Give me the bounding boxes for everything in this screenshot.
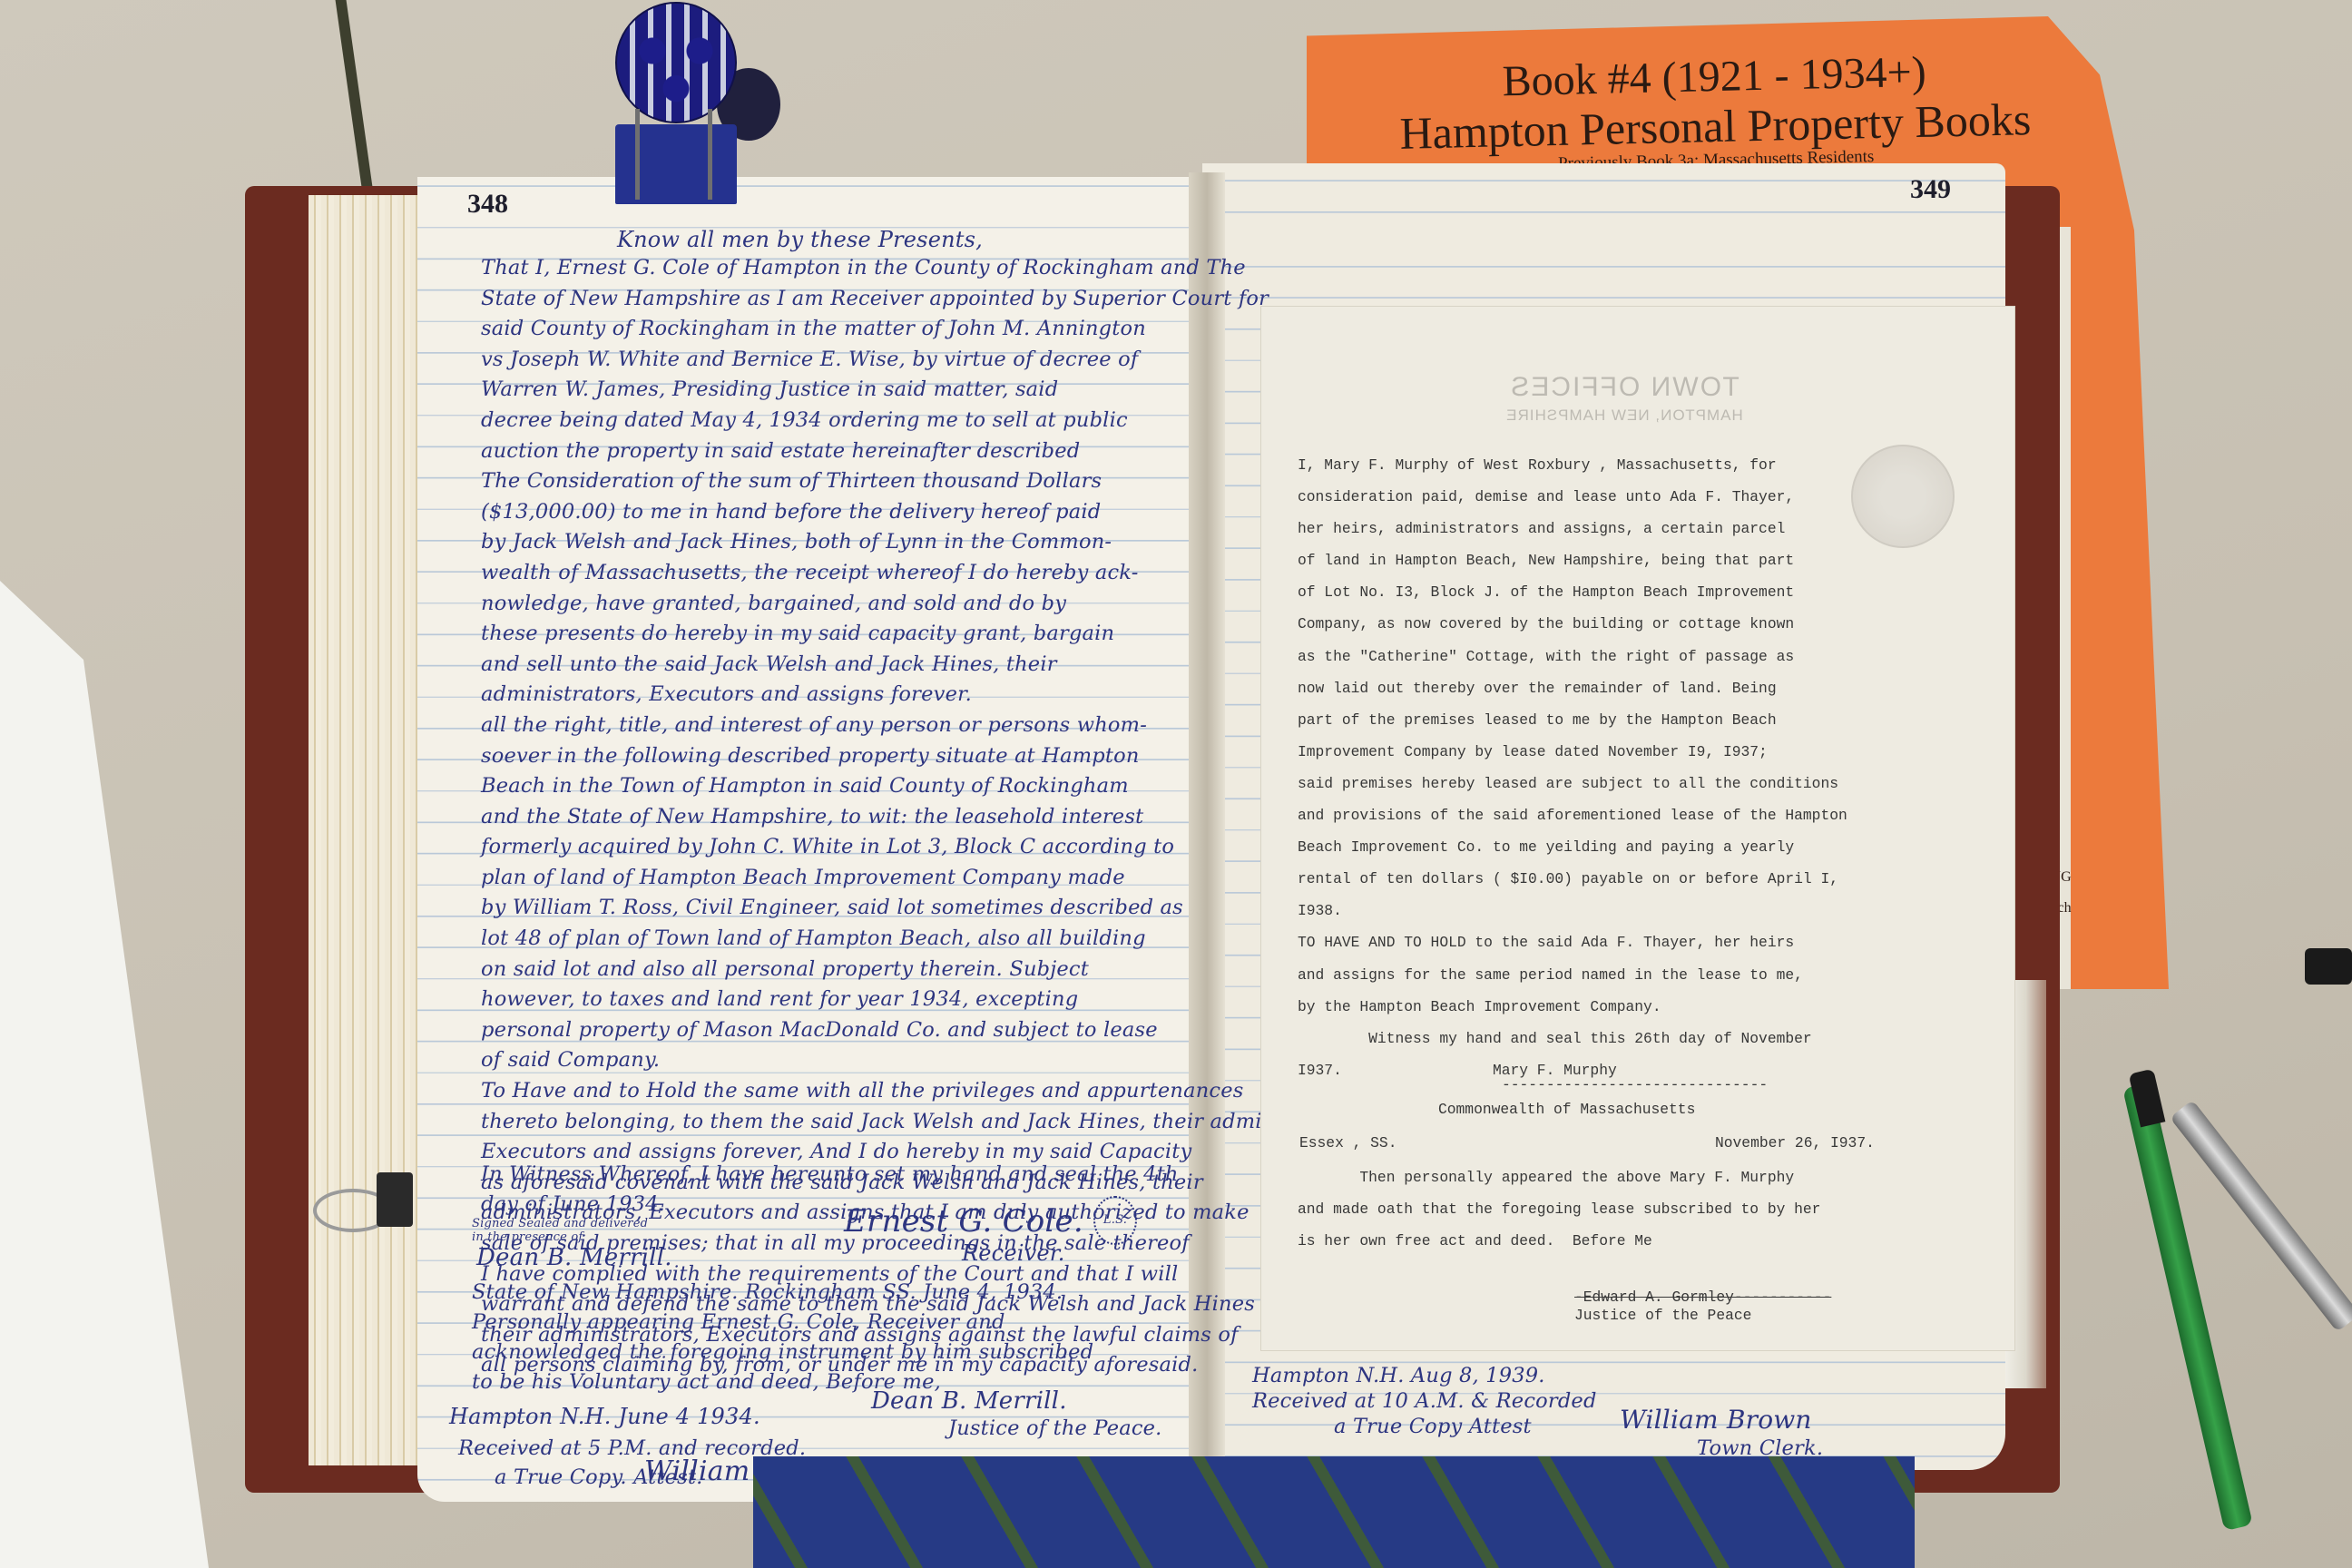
page-number-left: 348	[467, 189, 508, 220]
deed-line: Warren W. James, Presiding Justice in sa…	[481, 375, 1371, 406]
signed-note-line1: Signed Sealed and delivered	[472, 1217, 648, 1230]
signed-sealed-note: Signed Sealed and delivered in the prese…	[472, 1217, 648, 1244]
lease-body: I, Mary F. Murphy of West Roxbury , Mass…	[1298, 449, 1847, 1086]
deed-line: administrators, Executors and assigns fo…	[481, 680, 1371, 710]
book-fore-edge	[309, 195, 436, 1465]
deed-line: by Jack Welsh and Jack Hines, both of Ly…	[481, 527, 1371, 558]
deed-line: To Have and to Hold the same with all th…	[481, 1076, 1371, 1107]
deed-line: however, to taxes and land rent for year…	[481, 985, 1371, 1015]
page-number-right: 349	[1910, 174, 1951, 205]
justice-title-left: Justice of the Peace.	[948, 1414, 1162, 1445]
deed-line: formerly acquired by John C. White in Lo…	[481, 832, 1371, 863]
lease-line: by the Hampton Beach Improvement Company…	[1298, 991, 1847, 1023]
black-clip-right[interactable]	[2305, 948, 2352, 985]
county-label: Essex , SS.	[1299, 1134, 1396, 1151]
deed-line: on said lot and also all personal proper…	[481, 955, 1371, 985]
oath-body: Then personally appeared the above Mary …	[1298, 1161, 1820, 1257]
lease-line: of Lot No. I3, Block J. of the Hampton B…	[1298, 576, 1847, 608]
deed-line: ($13,000.00) to me in hand before the de…	[481, 497, 1371, 528]
commonwealth-heading: Commonwealth of Massachusetts	[1438, 1101, 1695, 1118]
lease-line: and assigns for the same period named in…	[1298, 959, 1847, 991]
deed-line: and the State of New Hampshire, to wit: …	[481, 802, 1371, 833]
lease-line: consideration paid, demise and lease unt…	[1298, 481, 1847, 513]
deed-line: auction the property in said estate here…	[481, 436, 1371, 467]
deed-line: all the right, title, and interest of an…	[481, 710, 1371, 741]
justice-signature-left: Dean B. Merrill.	[871, 1387, 1067, 1417]
lease-line: I938.	[1298, 895, 1847, 926]
deed-line: decree being dated May 4, 1934 ordering …	[481, 406, 1371, 436]
justice-title-right: Justice of the Peace	[1574, 1307, 1751, 1324]
lease-line: as the "Catherine" Cottage, with the rig…	[1298, 641, 1847, 672]
oath-line: and made oath that the foregoing lease s…	[1298, 1193, 1820, 1225]
true-copy-right: a True Copy Attest	[1334, 1412, 1532, 1443]
deed-line: vs Joseph W. White and Bernice E. Wise, …	[481, 345, 1371, 376]
deed-line: nowledge, have granted, bargained, and s…	[481, 589, 1371, 620]
deed-line: soever in the following described proper…	[481, 741, 1371, 772]
binder-clip-handle	[635, 109, 640, 200]
clerk-signature-right: William Brown	[1620, 1405, 1812, 1436]
lease-line: of land in Hampton Beach, New Hampshire,…	[1298, 544, 1847, 576]
deed-line: and sell unto the said Jack Welsh and Ja…	[481, 650, 1371, 681]
deed-line: lot 48 of plan of Town land of Hampton B…	[481, 924, 1371, 955]
lease-line: now laid out thereby over the remainder …	[1298, 672, 1847, 704]
lease-line: her heirs, administrators and assigns, a…	[1298, 513, 1847, 544]
deed-line: these presents do hereby in my said capa…	[481, 619, 1371, 650]
lease-line: and provisions of the said aforementione…	[1298, 799, 1847, 831]
oath-line: Then personally appeared the above Mary …	[1298, 1161, 1820, 1193]
deed-line: by William T. Ross, Civil Engineer, said…	[481, 893, 1371, 924]
deed-line: said County of Rockingham in the matter …	[481, 314, 1371, 345]
letterhead-line2: HAMPTON, NEW HAMPSHIRE	[1443, 407, 1806, 425]
orange-sheet-title-block: Book #4 (1921 - 1934+) Hampton Personal …	[1306, 44, 2125, 180]
witness-line2: day of June 1934.	[481, 1190, 665, 1220]
deed-line: personal property of Mason MacDonald Co.…	[481, 1015, 1371, 1046]
letterhead-bleedthrough: TOWN OFFICES HAMPTON, NEW HAMPSHIRE	[1443, 372, 1806, 425]
lease-line: Company, as now covered by the building …	[1298, 608, 1847, 640]
deed-line: of said Company.	[481, 1045, 1371, 1076]
small-black-binder-clip[interactable]	[377, 1172, 413, 1227]
oath-line: is her own free act and deed. Before Me	[1298, 1225, 1820, 1257]
lease-line: said premises hereby leased are subject …	[1298, 768, 1847, 799]
lease-line: Improvement Company by lease dated Novem…	[1298, 736, 1847, 768]
deed-line: State of New Hampshire as I am Receiver …	[481, 284, 1371, 315]
binder-clip-handle	[708, 109, 712, 200]
notary-date: November 26, I937.	[1715, 1134, 1875, 1151]
ls-seal-mark: L.S.	[1093, 1196, 1137, 1245]
lease-line: Beach Improvement Co. to me yeilding and…	[1298, 831, 1847, 863]
recorded-line1-left: Hampton N.H. June 4 1934.	[449, 1402, 760, 1433]
deed-line: plan of land of Hampton Beach Improvemen…	[481, 863, 1371, 894]
patterned-badge	[615, 2, 737, 123]
lease-line: Witness my hand and seal this 26th day o…	[1298, 1023, 1847, 1054]
ack-line1: State of New Hampshire. Rockingham SS. J…	[472, 1278, 1063, 1308]
lease-line: part of the premises leased to me by the…	[1298, 704, 1847, 736]
letterhead-line1: TOWN OFFICES	[1443, 372, 1806, 403]
deed-line: thereto belonging, to them the said Jack…	[481, 1107, 1371, 1138]
lease-line: TO HAVE AND TO HOLD to the said Ada F. T…	[1298, 926, 1847, 958]
receiver-signature: Ernest G. Cole.	[844, 1207, 1083, 1238]
deed-line: wealth of Massachusetts, the receipt whe…	[481, 558, 1371, 589]
receiver-title: Receiver.	[962, 1239, 1065, 1269]
deed-line: That I, Ernest G. Cole of Hampton in the…	[481, 253, 1371, 284]
blue-binder-clip[interactable]	[615, 124, 737, 204]
signed-note-line2: in the presence of	[472, 1230, 648, 1244]
deed-line: The Consideration of the sum of Thirteen…	[481, 466, 1371, 497]
embossed-seal-icon	[1851, 445, 1955, 548]
blue-cloth	[753, 1456, 1915, 1568]
justice-signature-right: -Edward A. Gormley-----------	[1574, 1289, 1831, 1306]
witness-signature: Dean B. Merrill.	[476, 1243, 672, 1274]
lease-line: rental of ten dollars ( $I0.00) payable …	[1298, 863, 1847, 895]
ack-line3: acknowledged the foregoing instrument by…	[472, 1338, 1093, 1368]
lease-line: I, Mary F. Murphy of West Roxbury , Mass…	[1298, 449, 1847, 481]
deed-line: Beach in the Town of Hampton in said Cou…	[481, 771, 1371, 802]
signature-rule: ------------------------------	[1502, 1076, 1768, 1093]
ack-line2: Personally appearing Ernest G. Cole, Rec…	[472, 1308, 1005, 1338]
deed-heading: Know all men by these Presents,	[617, 225, 983, 256]
witness-line1: In Witness Whereof, I have hereunto set …	[481, 1160, 1179, 1191]
